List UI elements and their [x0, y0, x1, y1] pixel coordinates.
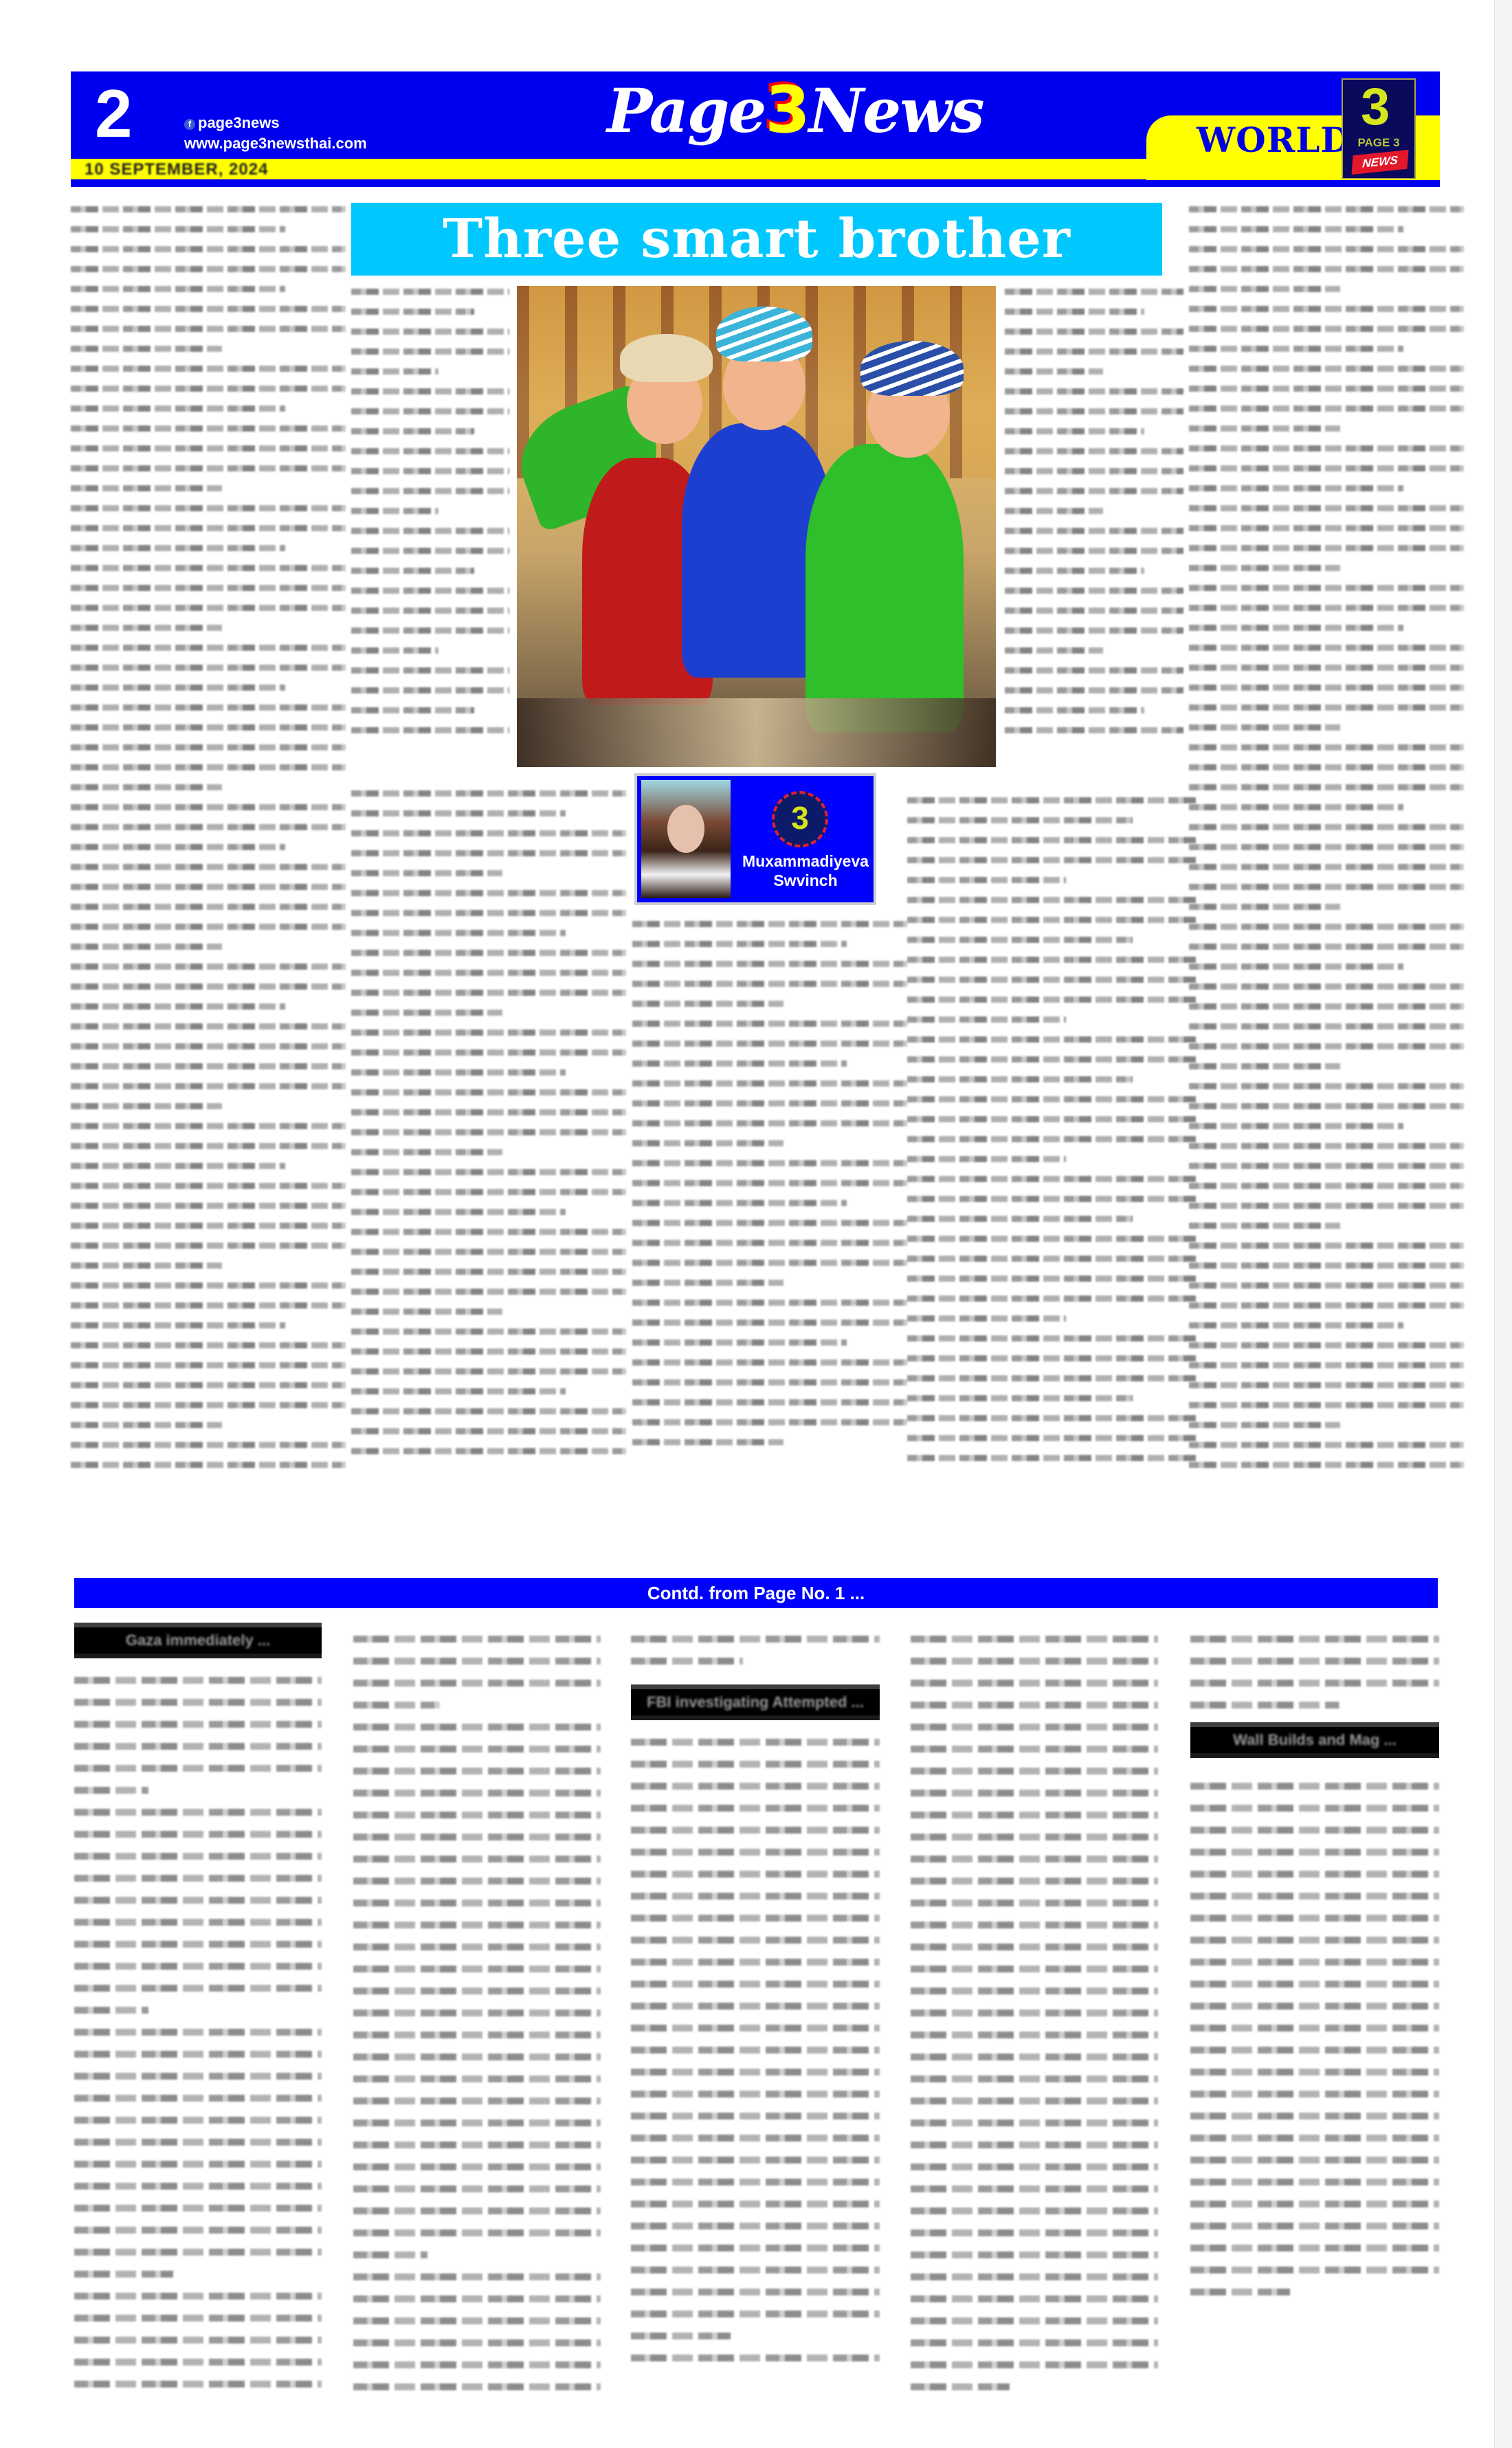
brand-numeral: 3 [765, 73, 808, 148]
illustration-floor [517, 698, 996, 767]
article-column-4 [1005, 289, 1183, 747]
continued-banner: Contd. from Page No. 1 ... [74, 1578, 1438, 1608]
author-first-name: Muxammadiyeva [733, 852, 878, 871]
brand-word-news: News [809, 75, 983, 146]
subhead-gaza-text: Gaza immediately ... [126, 1627, 270, 1654]
logo-numeral: 3 [1361, 81, 1390, 133]
turban-left [620, 334, 713, 382]
author-logo-icon: 3 [772, 791, 828, 847]
social-info: fpage3news www.page3newsthai.com [184, 113, 367, 153]
headline-title: Three smart brother [351, 203, 1162, 276]
author-avatar [641, 780, 731, 898]
article-column-4-lower [907, 797, 1196, 1475]
brother-figure-right [805, 444, 964, 733]
brand-logo: Page3News [607, 78, 983, 143]
bottom-column-4 [911, 1636, 1158, 2405]
story-illustration [517, 286, 996, 767]
logo-label: PAGE 3 [1343, 136, 1414, 150]
issue-date: 10 SEPTEMBER, 2024 [85, 160, 268, 179]
article-column-1 [71, 206, 346, 1482]
facebook-handle-text: page3news [198, 114, 280, 131]
logo-badge: NEWS [1351, 150, 1408, 175]
article-column-5 [1189, 206, 1464, 1482]
author-name: Muxammadiyeva Swvinch [733, 852, 878, 890]
turban-right [860, 341, 964, 396]
article-column-3-lower [632, 921, 907, 1459]
masthead-bottom-strip [71, 179, 1440, 187]
subhead-gaza: Gaza immediately ... [74, 1623, 322, 1658]
article-column-2-lower [351, 790, 626, 1468]
bottom-column-1 [74, 1677, 322, 2403]
masthead: 2 fpage3news www.page3newsthai.com 10 SE… [71, 71, 1440, 187]
page-edge [1494, 0, 1512, 2448]
brand-word-page: Page [607, 75, 765, 146]
turban-middle [716, 307, 812, 361]
facebook-handle[interactable]: fpage3news [184, 113, 367, 133]
bottom-column-3 [631, 1636, 880, 2377]
facebook-icon: f [184, 119, 195, 130]
website-link[interactable]: www.page3newsthai.com [184, 133, 367, 154]
author-last-name: Swvinch [733, 871, 878, 890]
author-logo-numeral: 3 [775, 799, 825, 836]
section-label: WORLD [1197, 120, 1351, 160]
page-number: 2 [95, 80, 133, 147]
bottom-column-2 [353, 1636, 601, 2405]
article-column-2 [351, 289, 509, 747]
bottom-column-5 [1190, 1636, 1439, 2311]
page3-news-logo-icon: 3 PAGE 3 NEWS [1342, 78, 1416, 179]
author-face [667, 805, 704, 853]
author-card: 3 Muxammadiyeva Swvinch [634, 773, 876, 905]
headline-bar: Three smart brother [351, 203, 1162, 276]
